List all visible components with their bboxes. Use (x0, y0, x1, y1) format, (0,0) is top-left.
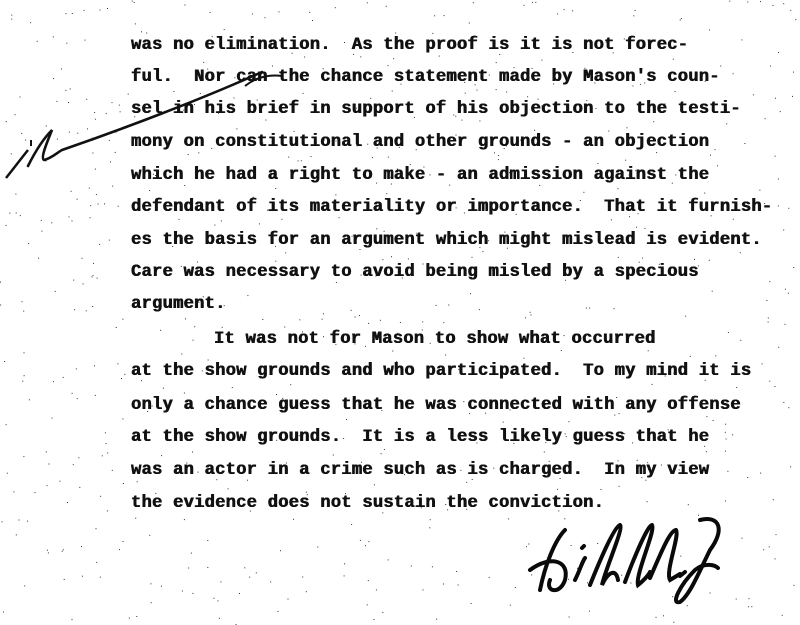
text-line-1: was no elimination. As the proof is it i… (131, 36, 688, 55)
paragraph-2-line-1: It was not for Mason to show what occurr… (214, 330, 656, 349)
paragraph-2-line-3: only a chance guess that he was connecte… (131, 396, 741, 415)
paragraph-2-line-4: at the show grounds. It is a less likely… (131, 428, 709, 447)
text-line-7: es the basis for an argument which might… (131, 231, 762, 250)
paragraph-2-line-5: was an actor in a crime such as is charg… (131, 461, 709, 480)
text-line-9: argument. (131, 295, 226, 314)
text-line-5: which he had a right to make - an admiss… (131, 166, 709, 185)
judge-signature (520, 510, 740, 610)
text-line-3: sel in his brief in support of his objec… (131, 100, 741, 119)
text-line-2: ful. Nor can the chance statement made b… (131, 68, 720, 87)
text-line-4: mony on constitutional and other grounds… (131, 133, 709, 152)
paragraph-2-line-2: at the show grounds and who participated… (131, 362, 751, 381)
text-line-6: defendant of its materiality or importan… (131, 198, 772, 217)
text-line-8: Care was necessary to avoid being misled… (131, 263, 699, 282)
document-page: was no elimination. As the proof is it i… (0, 0, 800, 625)
